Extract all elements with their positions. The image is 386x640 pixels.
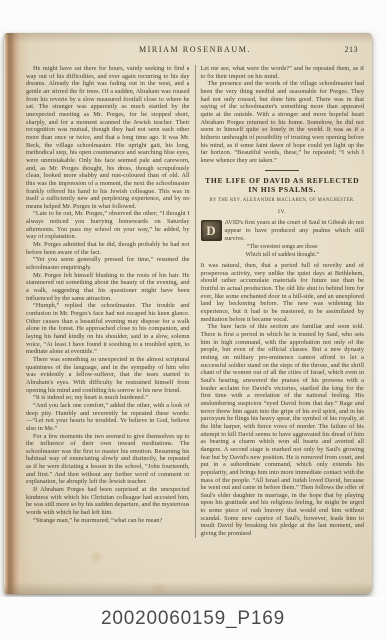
article-title-line2: IN HIS PSALMS. bbox=[201, 185, 365, 194]
book-page: MIRIAM ROSENBAUM. 213 He might have sat … bbox=[4, 33, 372, 594]
left-column-paragraph: “It is indeed so; my heart is much burde… bbox=[26, 394, 190, 402]
left-column-paragraph: “Humph,” replied the schoolmaster. The t… bbox=[26, 302, 190, 356]
archive-label-band: 20020060159_P169 bbox=[0, 597, 386, 640]
article-byline: BY THE REV. ALEXANDER MACLAREN, OF MANCH… bbox=[201, 197, 365, 205]
right-text-column: Let me see, what were the words?” and he… bbox=[195, 65, 365, 538]
left-column-paragraph: “Late to be out, Mr. Porges,” observed t… bbox=[26, 210, 190, 241]
left-column-paragraph: Mr. Porges felt himself blushing to the … bbox=[26, 272, 190, 303]
article-opening-paragraph: D AVID's first years at the court of Sau… bbox=[201, 219, 365, 242]
foxing-stain bbox=[154, 585, 164, 592]
page-number: 213 bbox=[345, 45, 359, 54]
article-heading: THE LIFE OF DAVID AS REFLECTED IN HIS PS… bbox=[201, 170, 365, 217]
verse-line2: Which tell of saddest thought.” bbox=[201, 252, 365, 259]
running-head: MIRIAM ROSENBAUM. 213 bbox=[26, 45, 364, 61]
right-column-paragraph: Let me see, what were the words?” and he… bbox=[201, 65, 365, 80]
left-text-column: He might have sat there for hours, vainl… bbox=[26, 65, 195, 538]
left-column-paragraph: “Strange man,” he murmured; “what can he… bbox=[26, 517, 190, 525]
article-paragraph: It was natural, then, that a period full… bbox=[201, 262, 365, 323]
article-part-number: IV. bbox=[201, 209, 365, 217]
article-opening-text: AVID's first years at the court of Saul … bbox=[225, 219, 365, 241]
archive-id-label: 20020060159_P169 bbox=[101, 608, 285, 630]
article-title-line1: THE LIFE OF DAVID AS REFLECTED bbox=[201, 176, 365, 185]
left-column-paragraph: If Abraham Porges had been surprised at … bbox=[26, 486, 190, 517]
right-column-paragraph: The presence and the words of the villag… bbox=[201, 80, 365, 164]
article-title: THE LIFE OF DAVID AS REFLECTED IN HIS PS… bbox=[201, 176, 365, 194]
article-paragraph: The bare facts of this section are famil… bbox=[201, 323, 365, 537]
left-column-paragraph: He might have sat there for hours, vainl… bbox=[26, 65, 190, 210]
left-column-paragraph: “Yet you seem generally pressed for time… bbox=[26, 256, 190, 271]
verse-line1: “The sweetest songs are those bbox=[201, 244, 365, 251]
left-column-paragraph: For a few moments the two seemed to give… bbox=[26, 433, 190, 487]
archive-photo: MIRIAM ROSENBAUM. 213 He might have sat … bbox=[0, 0, 386, 640]
section-divider-rule bbox=[265, 170, 299, 171]
drop-cap-ornament: D bbox=[201, 220, 222, 241]
left-column-paragraph: There was something so unexpected in the… bbox=[26, 356, 190, 394]
verse-quote: “The sweetest songs are those Which tell… bbox=[201, 244, 365, 259]
running-title: MIRIAM ROSENBAUM. bbox=[26, 45, 364, 54]
left-column-paragraph: Mr. Porges admitted that he did, though … bbox=[26, 241, 190, 256]
left-column-paragraph: “And you lack one comfort,” added the ot… bbox=[26, 402, 190, 433]
